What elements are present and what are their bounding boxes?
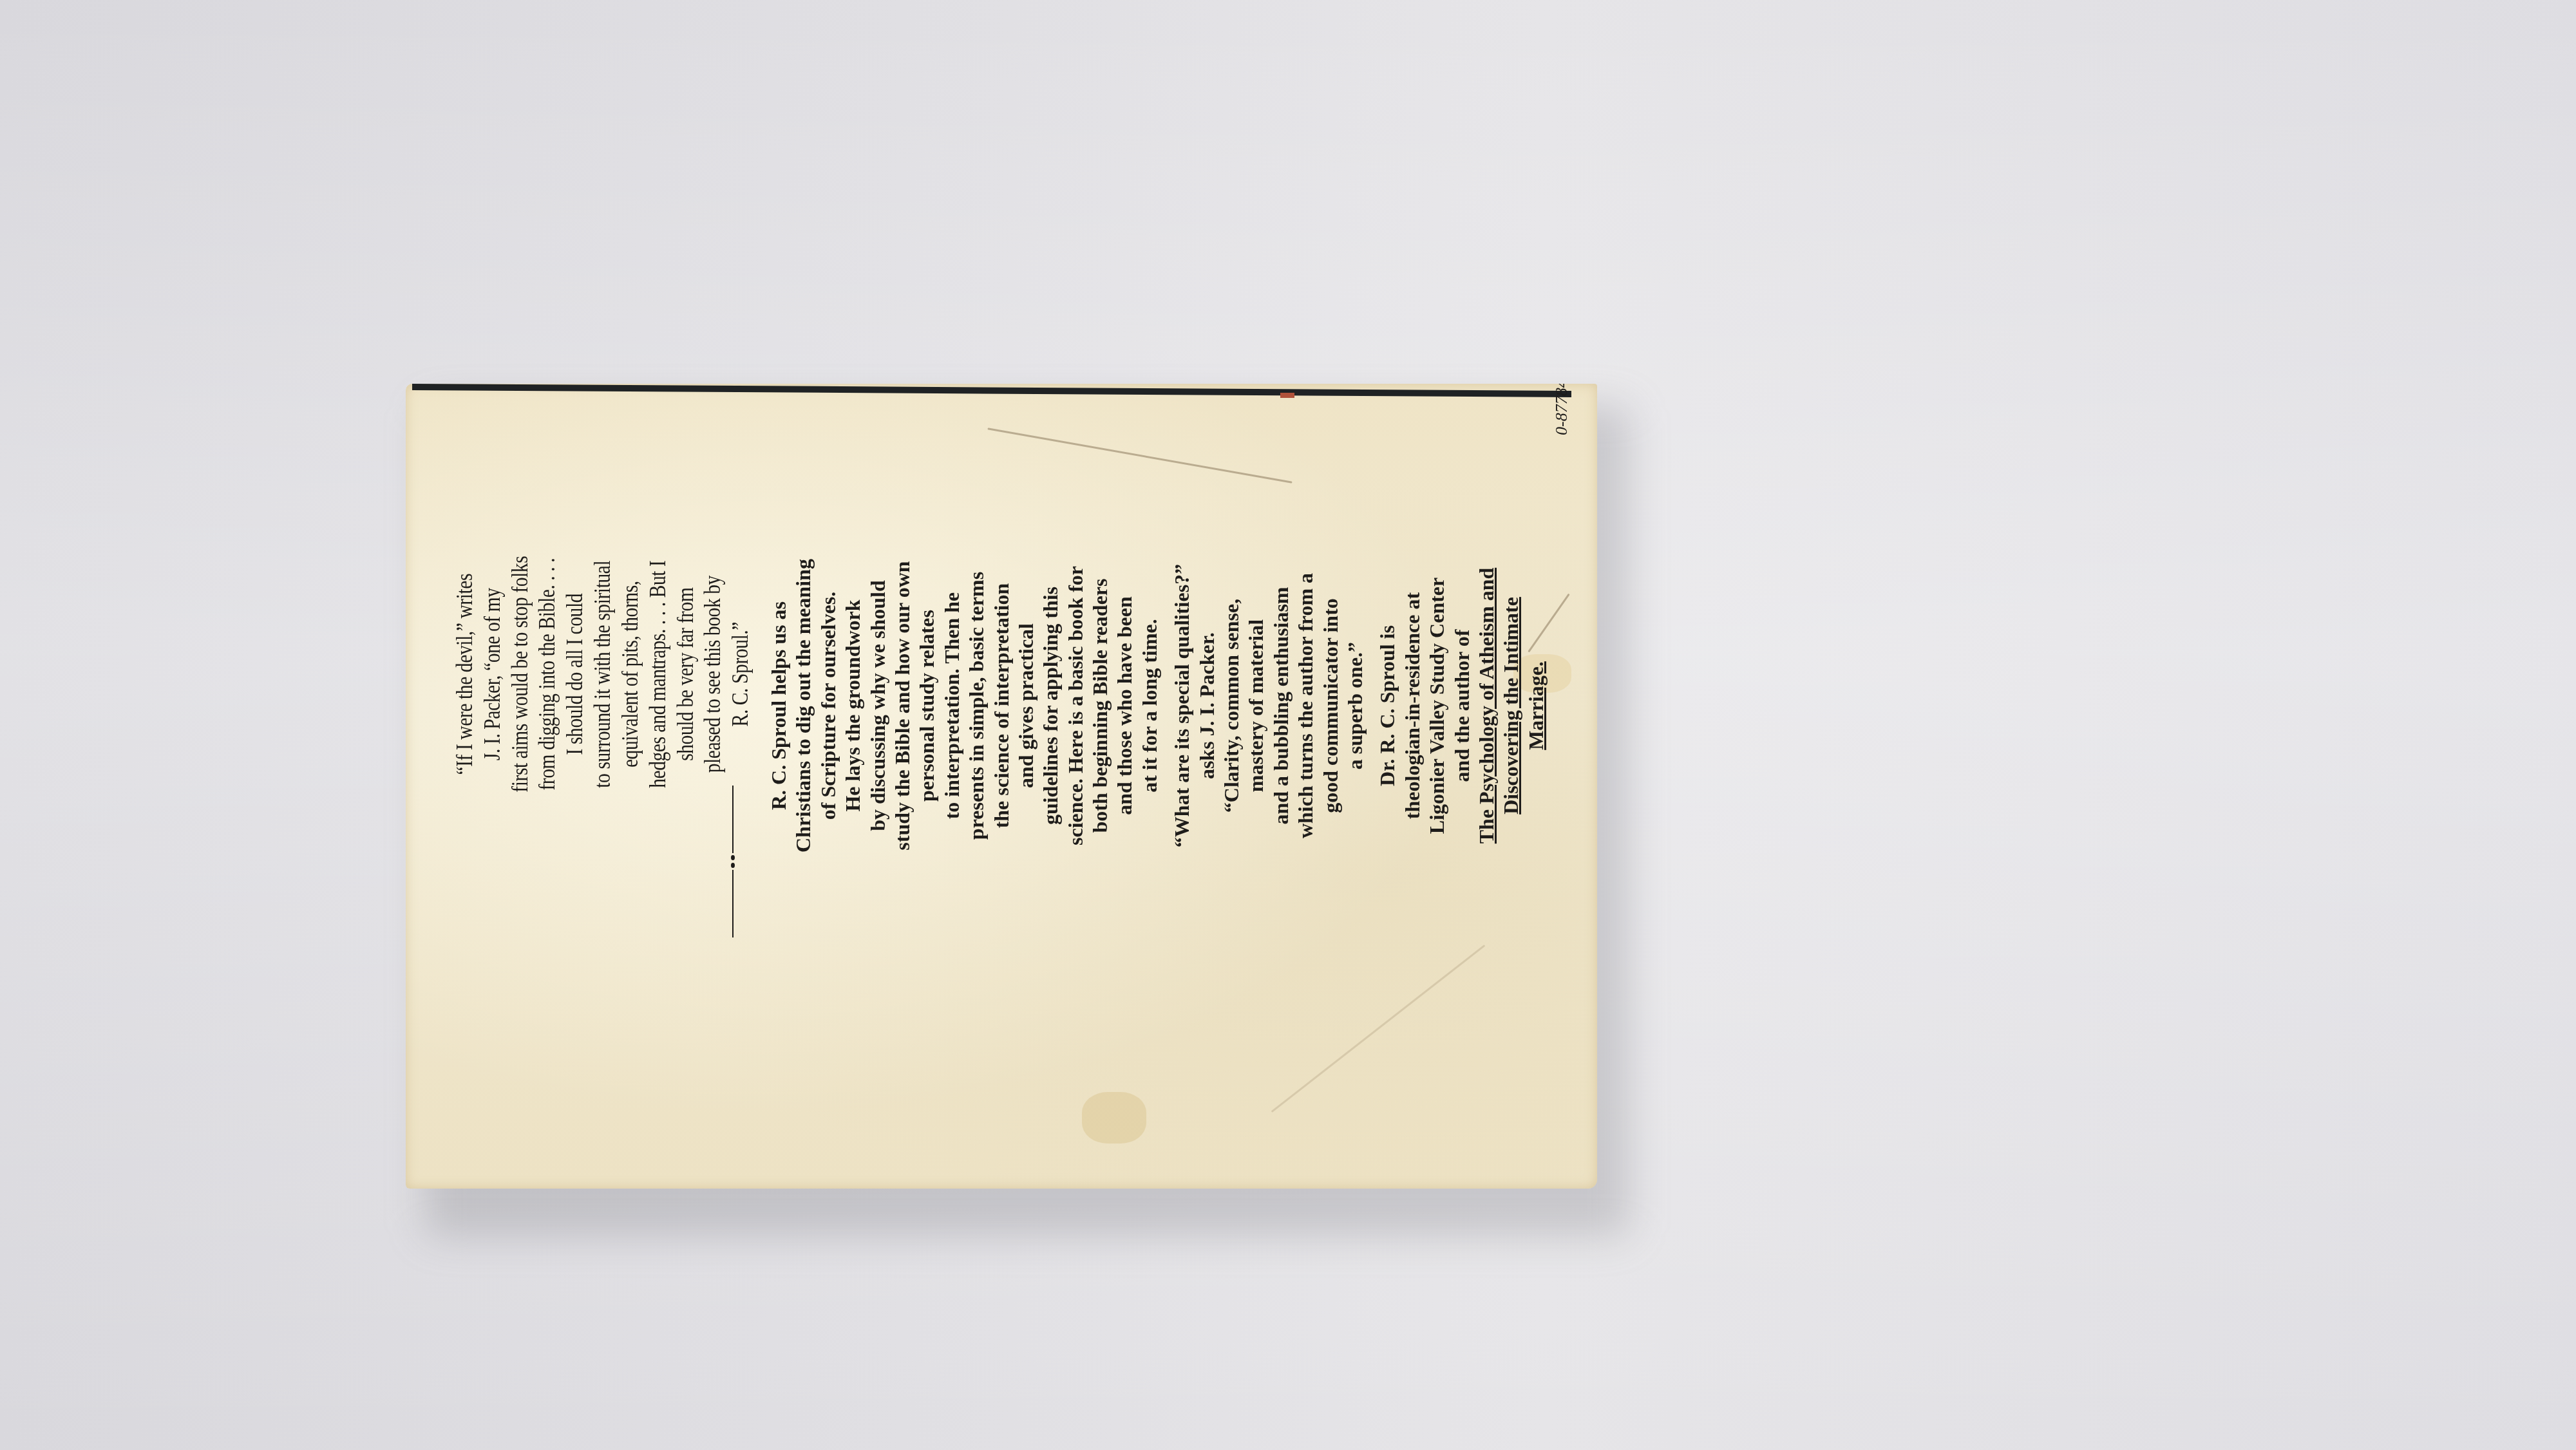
description-line: R. C. Sproul helps us as [766, 461, 791, 950]
quote-line: should be very far from [672, 494, 699, 854]
ornamental-divider [731, 783, 735, 937]
isbn-number: 0-87784-733-9 [1552, 384, 1571, 435]
description-line: guidelines for applying this [1038, 461, 1063, 950]
quote-line: from digging into the Bible. . . . [533, 494, 561, 854]
divider-ornament [731, 863, 735, 868]
description-line: both beginning Bible readers [1088, 461, 1112, 950]
quote-line: hedges and mantraps. . . . But I [644, 494, 672, 854]
packer-answer-line: a superb one.” [1343, 461, 1367, 950]
divider-bar-right [732, 786, 734, 853]
packer-question-line: “What are its special qualities?” [1170, 461, 1194, 950]
author-book-title: The Psychology of Atheism and [1474, 461, 1499, 950]
author-book-title: Marriage. [1524, 461, 1548, 950]
quote-line: equivalent of pits, thorns, [616, 494, 644, 854]
description-line: science. Here is a basic book for [1063, 461, 1088, 950]
description-line: and those who have been [1112, 461, 1137, 950]
quote-line: first aims would be to stop folks [506, 494, 534, 854]
description-line: He lays the groundwork [840, 461, 865, 950]
packer-answer-line: which turns the author from a [1293, 461, 1318, 950]
quote-line: to surround it with the spiritual [589, 494, 616, 854]
description-line: by discussing why we should [866, 461, 890, 950]
author-bio-line: Dr. R. C. Sproul is [1375, 461, 1399, 950]
description-line: personal study relates [914, 461, 939, 950]
packer-answer-line: and a bubbling enthusiasm [1269, 461, 1293, 950]
description-line: at it for a long time. [1137, 461, 1162, 950]
description-line: study the Bible and how our own [890, 461, 914, 950]
packer-answer-line: mastery of material [1244, 461, 1268, 950]
author-bio-line: and the author of [1450, 461, 1474, 950]
author-bio-line: theologian-in-residence at [1400, 461, 1425, 950]
packer-answer-line: “Clarity, common sense, [1219, 461, 1244, 950]
quote-line: “If I were the devil,” writes [451, 494, 478, 854]
packer-answer-line: good communicator into [1318, 461, 1343, 950]
divider-bar-left [732, 870, 734, 937]
quote-line: J. I. Packer, “one of my [478, 494, 506, 854]
author-book-title: Discovering the Intimate [1499, 461, 1523, 950]
description-line: and gives practical [1014, 461, 1038, 950]
description-line: Christians to dig out the meaning [791, 461, 815, 950]
book-back-cover: “If I were the devil,” writes J. I. Pack… [406, 384, 1597, 1189]
book-description: R. C. Sproul helps us as Christians to d… [766, 461, 1548, 950]
description-line: of Scripture for ourselves. [816, 461, 840, 950]
divider-ornament [731, 855, 735, 860]
packer-question-line: asks J. I. Packer. [1195, 461, 1219, 950]
description-line: to interpretation. Then he [940, 461, 964, 950]
endorsement-quote: “If I were the devil,” writes J. I. Pack… [451, 494, 754, 854]
isbn-price-line: 0-87784-733-9 $3.50 [1552, 384, 1571, 435]
description-line: presents in simple, basic terms [964, 461, 989, 950]
description-line: the science of interpretation [989, 461, 1014, 950]
quote-line: pleased to see this book by [699, 494, 726, 854]
quote-line: I should do all I could [561, 494, 589, 854]
cover-text-layer: “If I were the devil,” writes J. I. Pack… [406, 384, 1597, 1189]
author-bio-line: Ligonier Valley Study Center [1425, 461, 1449, 950]
